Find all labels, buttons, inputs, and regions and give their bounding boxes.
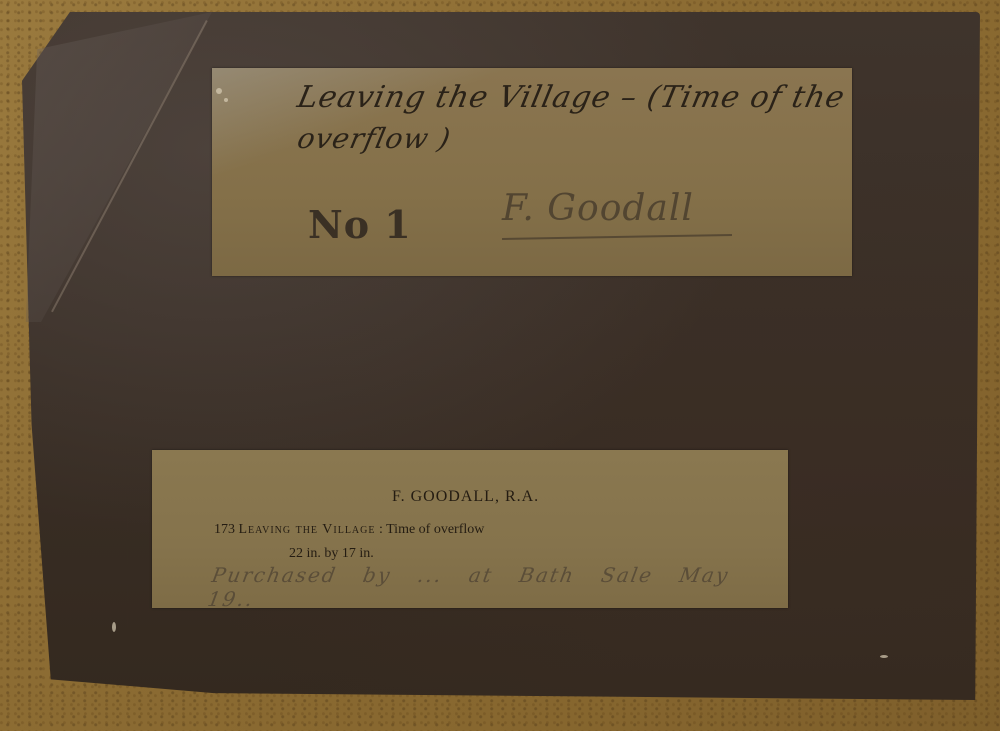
purchase-note: Purchased by ... at Bath Sale May 19.. xyxy=(206,563,792,611)
paper-speck xyxy=(224,98,228,102)
paper-speck xyxy=(216,88,222,94)
board-speck xyxy=(880,655,888,658)
handwritten-title-line1: Leaving the Village – (Time of the xyxy=(294,80,848,115)
artist-signature: F. Goodall xyxy=(502,188,694,229)
handwritten-label: Leaving the Village – (Time of the overf… xyxy=(212,68,852,276)
handwritten-title-line2: overflow ) xyxy=(294,122,454,155)
catalogue-entry: 173 Leaving the Village : Time of overfl… xyxy=(214,522,484,538)
entry-title: Leaving the Village xyxy=(239,522,376,537)
label-number: No 1 xyxy=(308,202,412,247)
entry-subtitle: : Time of overflow xyxy=(379,522,484,537)
printed-catalogue-label: F. GOODALL, R.A. 173 Leaving the Village… xyxy=(152,450,788,608)
dimensions: 22 in. by 17 in. xyxy=(289,546,374,562)
board-speck xyxy=(112,622,116,632)
entry-number: 173 xyxy=(214,522,235,537)
signature-underline xyxy=(502,234,732,240)
artist-name: F. GOODALL, R.A. xyxy=(392,488,539,506)
